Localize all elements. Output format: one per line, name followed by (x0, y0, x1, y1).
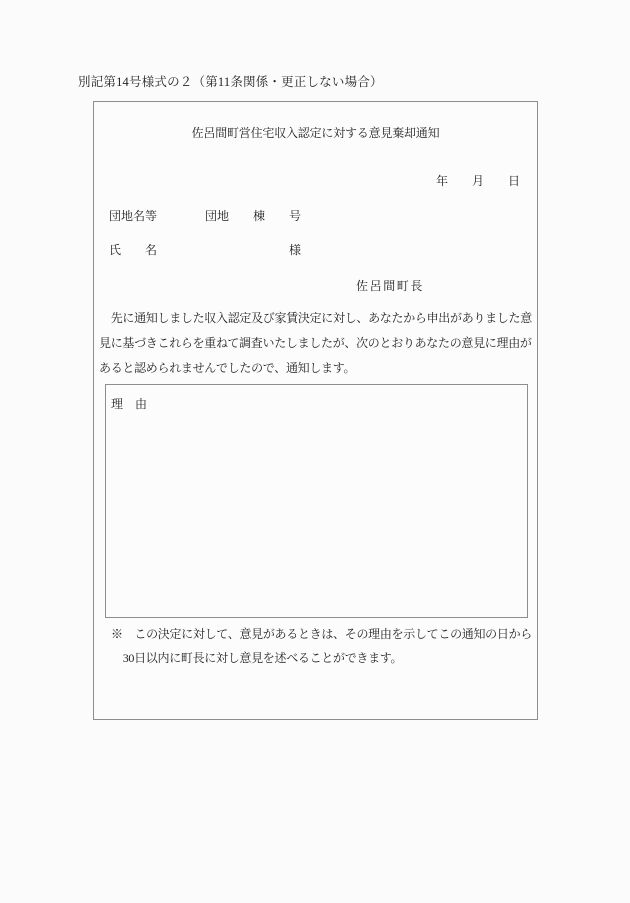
recipient-name-fill-in-line: 氏 名 様 (109, 241, 301, 258)
date-fill-in-line: 年 月 日 (436, 172, 520, 189)
document-page: 別記第14号様式の２（第11条関係・更正しない場合） 佐呂間町営住宅収入認定に対… (0, 0, 630, 903)
reason-label: 理 由 (111, 395, 147, 412)
notice-form-frame: 佐呂間町営住宅収入認定に対する意見棄却通知 年 月 日 団地名等 団地 棟 号 … (93, 101, 538, 720)
estate-name-fill-in-line: 団地名等 団地 棟 号 (109, 207, 301, 224)
objection-footnote: ※ この決定に対して、意見があるときは、その理由を示してこの通知の日から 30日… (111, 622, 541, 670)
notice-title: 佐呂間町営住宅収入認定に対する意見棄却通知 (94, 124, 537, 141)
notice-body-paragraph: 先に通知しました収入認定及び家賃決定に対し、あなたから申出がありました意見に基づ… (99, 306, 536, 381)
form-number-label: 別記第14号様式の２（第11条関係・更正しない場合） (78, 72, 383, 90)
reason-box: 理 由 (105, 384, 528, 618)
sender-mayor-line: 佐呂間町長 (356, 277, 424, 294)
